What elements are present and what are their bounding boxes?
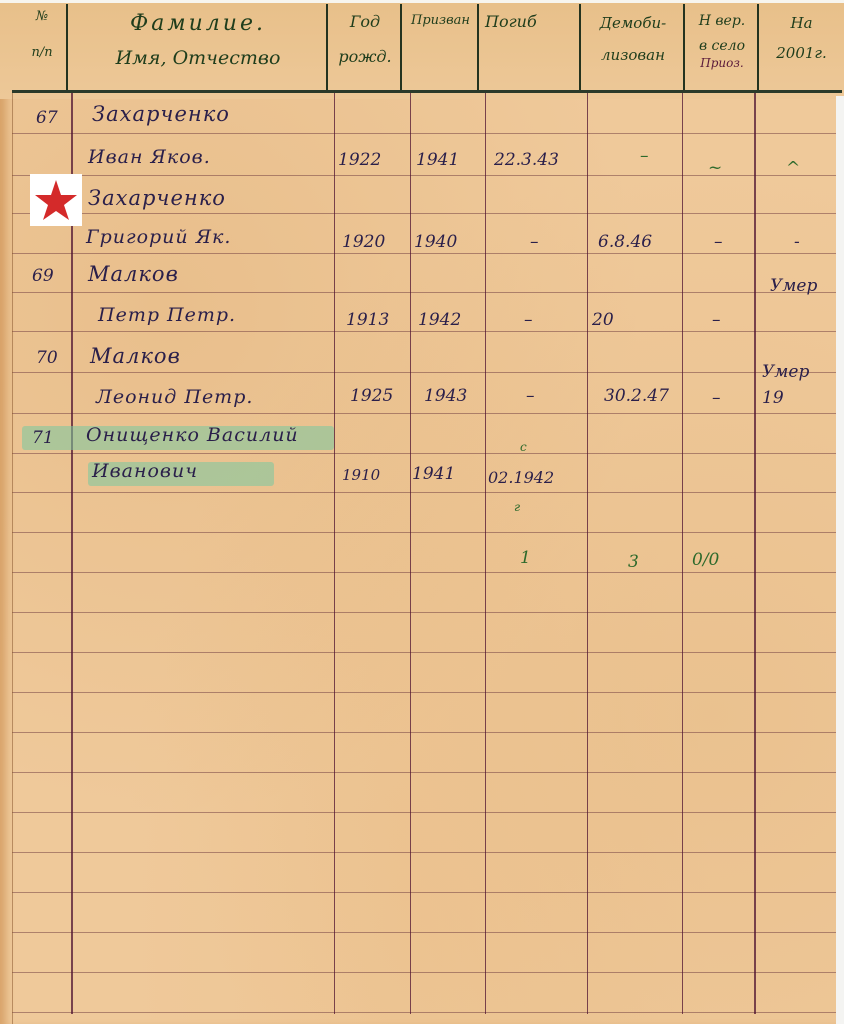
rule-line bbox=[12, 413, 836, 414]
drafted-year: 1941 bbox=[412, 464, 455, 484]
birth-year: 1922 bbox=[338, 150, 381, 170]
rule-line bbox=[12, 331, 836, 332]
rule-line bbox=[12, 892, 836, 893]
rule-line bbox=[12, 772, 836, 773]
birth-year: 1910 bbox=[342, 466, 380, 484]
as-of-2001-status: Умер 19 bbox=[762, 360, 832, 411]
as-of-2001-mark: - bbox=[794, 232, 800, 252]
header-col-drafted: Призван bbox=[400, 4, 479, 92]
rule-line bbox=[12, 612, 836, 613]
not-returned-mark: – bbox=[712, 310, 721, 330]
rule-line bbox=[12, 652, 836, 653]
given-name: Петр Петр. bbox=[98, 304, 236, 326]
row-number: 71 bbox=[32, 428, 54, 448]
column-divider bbox=[410, 93, 411, 1014]
as-of-2001-status: Умер bbox=[770, 276, 817, 296]
surname: Захарченко bbox=[92, 102, 230, 126]
not-returned-mark: – bbox=[714, 232, 723, 252]
given-name: Григорий Як. bbox=[86, 226, 231, 248]
rule-line bbox=[12, 572, 836, 573]
header-col-as-of-2001: На 2001г. bbox=[757, 4, 844, 92]
total-not-returned: 0/0 bbox=[692, 550, 719, 570]
header-col-not-returned: Н вер. в село Приоз. bbox=[683, 4, 759, 92]
column-divider bbox=[334, 93, 335, 1014]
rule-line bbox=[12, 372, 836, 373]
header-col-birth-year: Год рожд. bbox=[326, 4, 402, 92]
killed-note-below: г bbox=[514, 500, 520, 514]
demobilized-date: 20 bbox=[592, 310, 614, 330]
surname: Малков bbox=[90, 344, 181, 368]
column-divider bbox=[682, 93, 683, 1014]
rule-line bbox=[12, 972, 836, 973]
killed-date: – bbox=[526, 386, 535, 406]
surname: Онищенко Василий bbox=[86, 424, 299, 446]
drafted-year: 1943 bbox=[424, 386, 467, 406]
row-number: 67 bbox=[36, 108, 58, 128]
demobilized-date: – bbox=[640, 146, 649, 166]
given-name: Иванович bbox=[92, 460, 198, 482]
rule-line bbox=[12, 692, 836, 693]
killed-date: – bbox=[524, 310, 533, 330]
row-number: 70 bbox=[36, 348, 58, 368]
rule-line bbox=[12, 253, 836, 254]
birth-year: 1925 bbox=[350, 386, 393, 406]
rule-line bbox=[12, 852, 836, 853]
rule-line bbox=[12, 732, 836, 733]
page-edge bbox=[836, 96, 844, 1024]
column-divider bbox=[587, 93, 588, 1014]
surname: Малков bbox=[88, 262, 179, 286]
column-divider bbox=[71, 93, 73, 1014]
rule-line bbox=[12, 213, 836, 214]
rule-line bbox=[12, 812, 836, 813]
killed-date: 02.1942 bbox=[488, 468, 554, 487]
not-returned-mark: ~ bbox=[708, 158, 722, 178]
rule-line bbox=[12, 453, 836, 454]
rule-line bbox=[12, 1012, 836, 1013]
column-divider bbox=[485, 93, 486, 1014]
killed-date: 22.3.43 bbox=[494, 150, 559, 170]
given-name: Иван Яков. bbox=[88, 146, 211, 168]
demobilized-date: 30.2.47 bbox=[604, 386, 669, 406]
row-number: 69 bbox=[32, 266, 54, 286]
header-col-number: № п/п bbox=[18, 4, 66, 92]
header-col-demobilized: Демоби- лизован bbox=[579, 4, 685, 92]
column-divider bbox=[754, 93, 756, 1014]
red-star-badge bbox=[30, 174, 82, 226]
header-col-name: Фамилие. Имя, Отчество bbox=[66, 4, 328, 92]
drafted-year: 1942 bbox=[418, 310, 461, 330]
drafted-year: 1940 bbox=[414, 232, 457, 252]
given-name: Леонид Петр. bbox=[96, 386, 253, 408]
demobilized-date: 6.8.46 bbox=[598, 232, 652, 252]
rule-line bbox=[12, 532, 836, 533]
header-divider bbox=[12, 90, 842, 93]
red-star-icon bbox=[34, 178, 78, 222]
rule-line bbox=[12, 133, 836, 134]
birth-year: 1920 bbox=[342, 232, 385, 252]
total-demobilized: 3 bbox=[628, 552, 639, 572]
header-col-killed: Погиб bbox=[477, 4, 579, 92]
rule-line bbox=[12, 292, 836, 293]
left-margin-line bbox=[12, 93, 13, 1024]
as-of-2001-mark: ^ bbox=[786, 158, 800, 178]
rule-line bbox=[12, 492, 836, 493]
birth-year: 1913 bbox=[346, 310, 389, 330]
surname: Захарченко bbox=[88, 186, 226, 210]
killed-date: – bbox=[530, 232, 539, 252]
drafted-year: 1941 bbox=[416, 150, 459, 170]
not-returned-mark: – bbox=[712, 388, 721, 408]
total-killed: 1 bbox=[520, 548, 531, 568]
killed-note-above: с bbox=[520, 440, 527, 454]
rule-line bbox=[12, 932, 836, 933]
